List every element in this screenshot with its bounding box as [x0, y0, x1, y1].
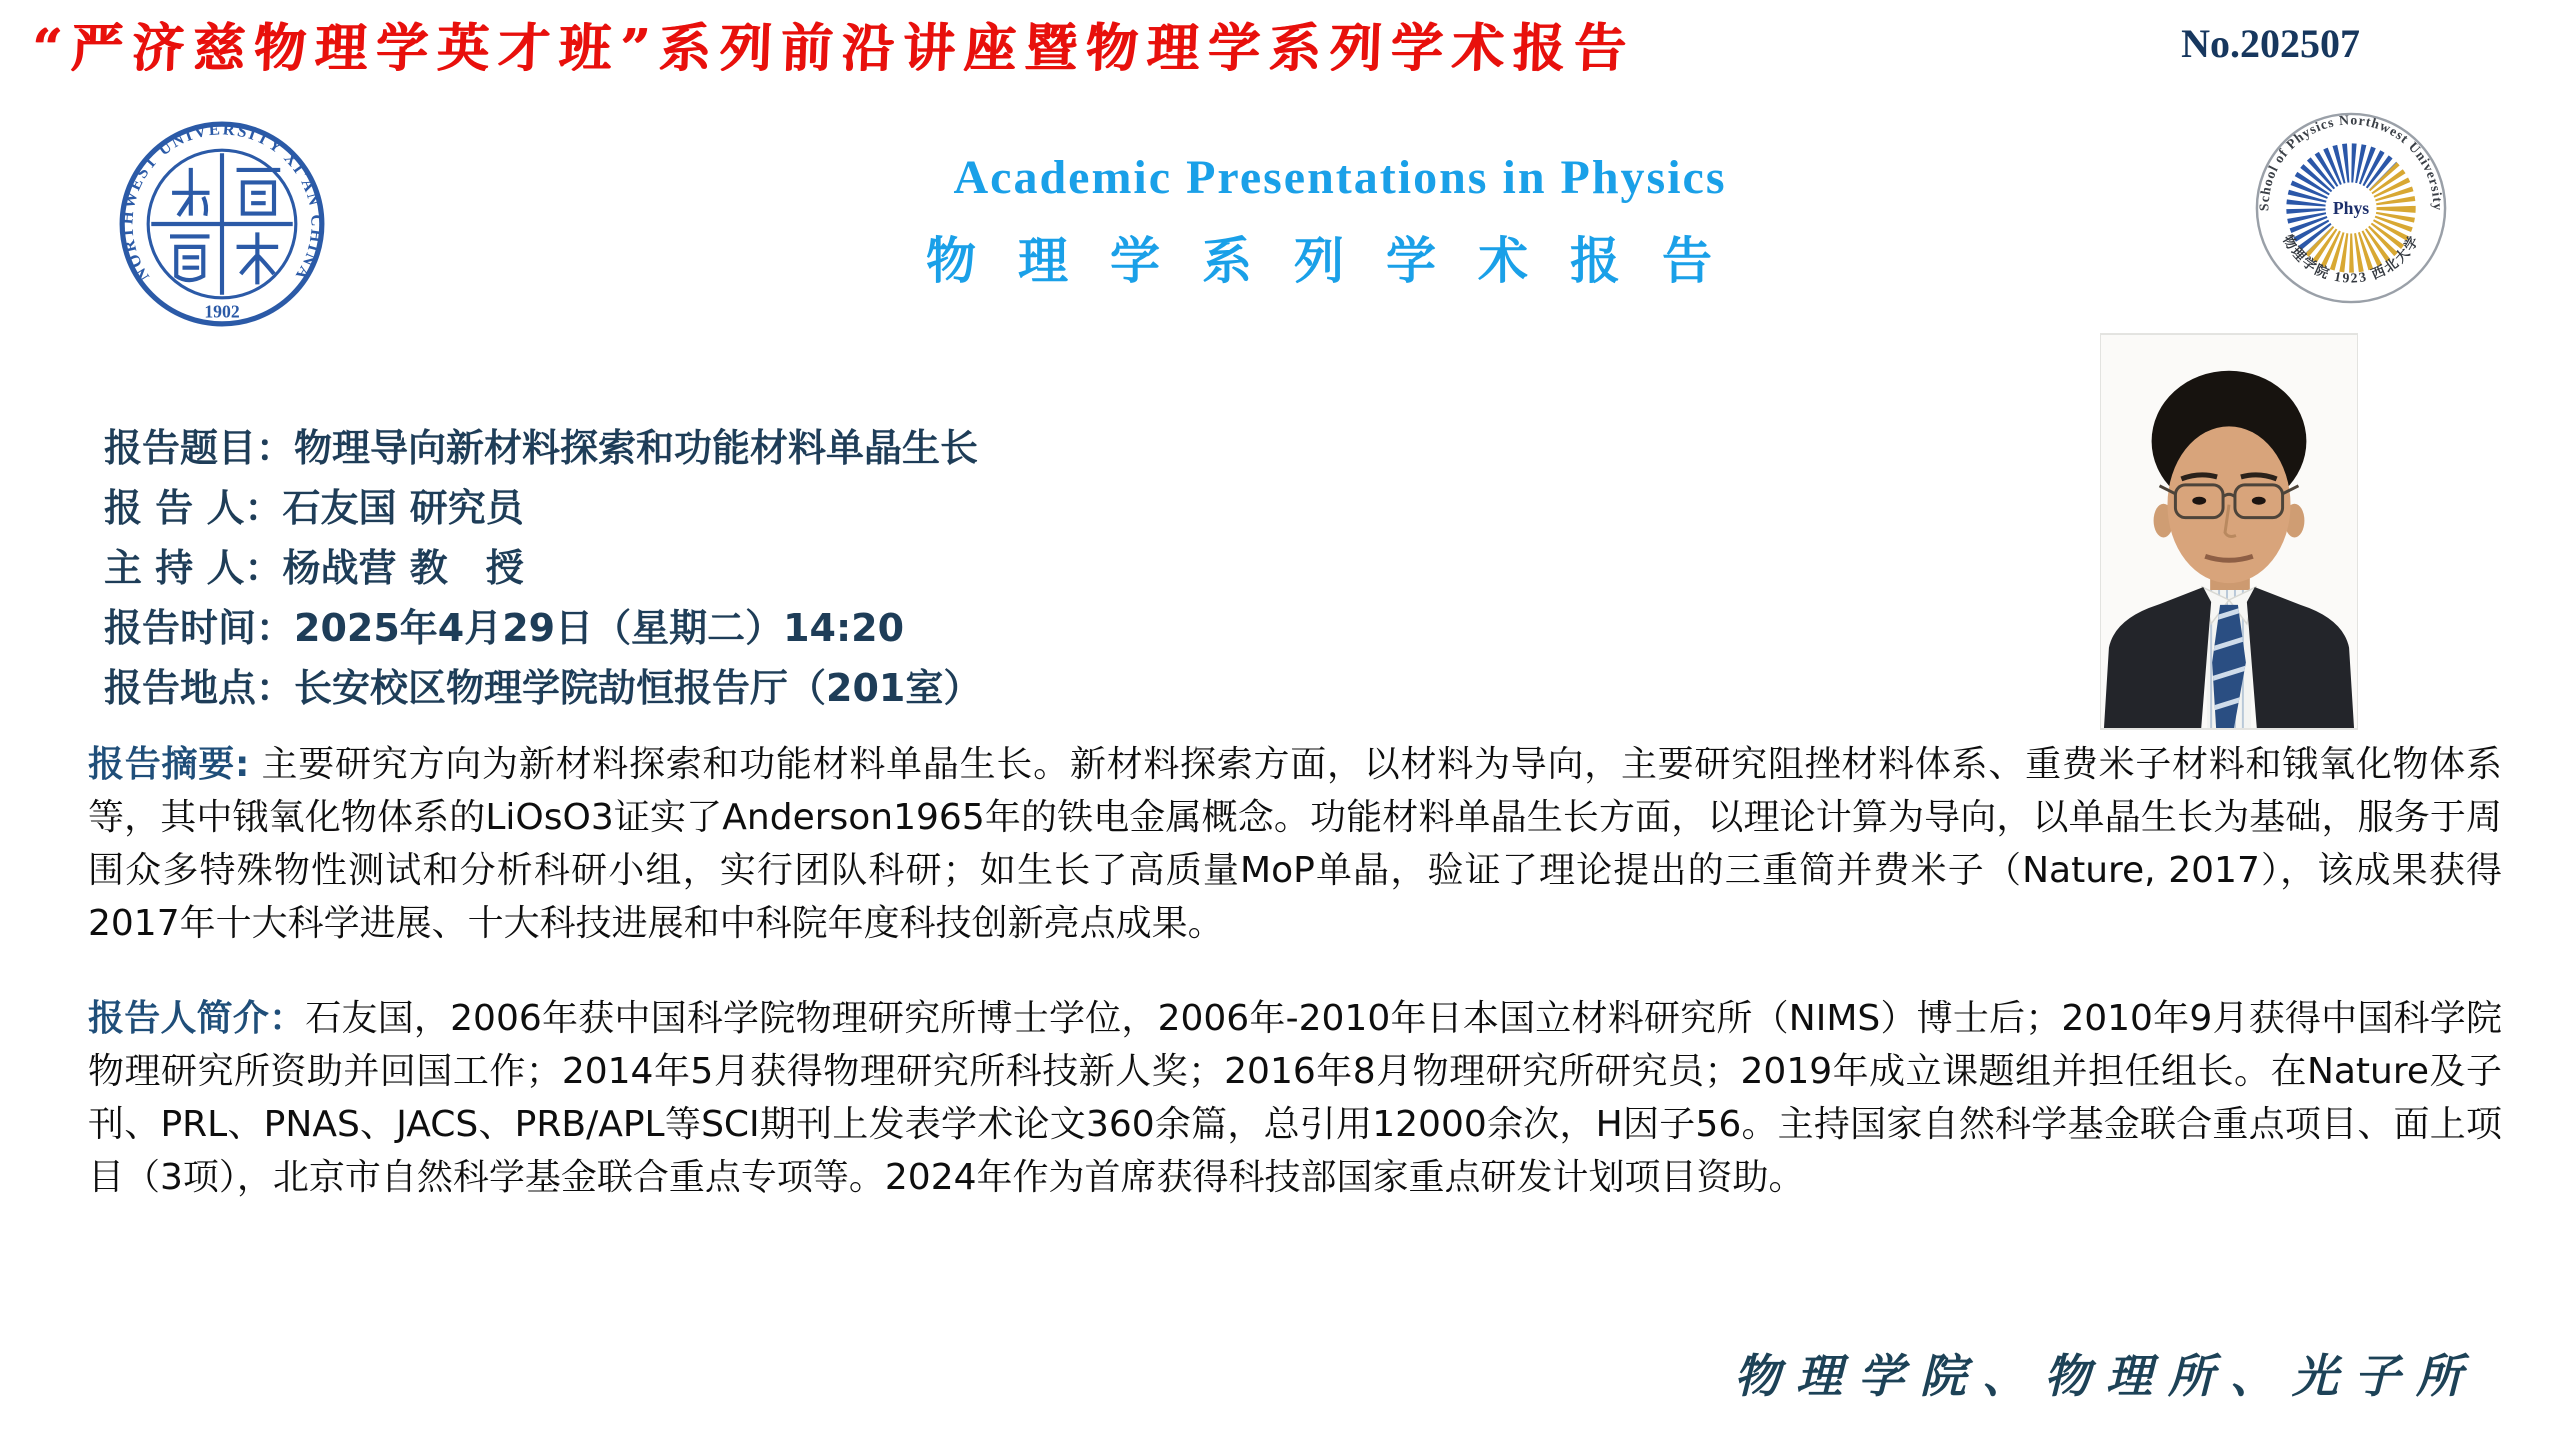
- nwu-logo: NORTHWEST UNIVERSITY XI'AN CHINA 1902: [118, 120, 326, 328]
- physics-seal-icon: School of Physics Northwest University P…: [2253, 110, 2449, 306]
- detail-time: 报告时间：2025年4月29日（星期二）14:20: [104, 598, 981, 658]
- detail-time-label: 报告时间：: [104, 606, 294, 650]
- title-english: Academic Presentations in Physics: [400, 150, 2280, 205]
- physics-school-logo: School of Physics Northwest University P…: [2253, 110, 2449, 306]
- title-chinese: 物理学系列学术报告: [400, 221, 2280, 293]
- detail-topic-label: 报告题目：: [104, 426, 294, 470]
- detail-speaker: 报 告 人：石友国 研究员: [104, 478, 981, 538]
- nwu-year: 1902: [204, 302, 240, 322]
- detail-speaker-label: 报 告 人：: [104, 486, 282, 530]
- bio-paragraph: 报告人简介：石友国，2006年获中国科学院物理研究所博士学位，2006年-201…: [88, 992, 2502, 1204]
- bio-label: 报告人简介：: [88, 998, 305, 1039]
- issue-number: No.202507: [2181, 20, 2360, 67]
- speaker-portrait-icon: [2100, 333, 2358, 730]
- detail-venue-label: 报告地点：: [104, 666, 294, 710]
- abstract-label: 报告摘要:: [88, 744, 249, 785]
- abstract-text: 主要研究方向为新材料探索和功能材料单晶生长。新材料探索方面，以材料为导向，主要研…: [88, 744, 2502, 944]
- detail-host: 主 持 人：杨战营 教 授: [104, 538, 981, 598]
- detail-time-value: 2025年4月29日（星期二）14:20: [294, 606, 904, 650]
- speaker-photo: [2100, 333, 2358, 730]
- nwu-seal-icon: NORTHWEST UNIVERSITY XI'AN CHINA 1902: [118, 120, 326, 328]
- detail-host-value: 杨战营 教 授: [282, 546, 523, 590]
- detail-host-label: 主 持 人：: [104, 546, 282, 590]
- detail-venue: 报告地点：长安校区物理学院劼恒报告厅（201室）: [104, 658, 981, 718]
- abstract-paragraph: 报告摘要: 主要研究方向为新材料探索和功能材料单晶生长。新材料探索方面，以材料为…: [88, 738, 2502, 950]
- detail-topic-value: 物理导向新材料探索和功能材料单晶生长: [294, 426, 978, 470]
- series-title: “严济慈物理学英才班”系列前沿讲座暨物理学系列学术报告: [31, 6, 1636, 81]
- bio-text: 石友国，2006年获中国科学院物理研究所博士学位，2006年-2010年日本国立…: [88, 998, 2502, 1198]
- main-title-block: Academic Presentations in Physics 物理学系列学…: [400, 150, 2280, 293]
- talk-details: 报告题目：物理导向新材料探索和功能材料单晶生长 报 告 人：石友国 研究员 主 …: [104, 418, 981, 718]
- detail-venue-value: 长安校区物理学院劼恒报告厅（201室）: [294, 666, 981, 710]
- detail-speaker-value: 石友国 研究员: [282, 486, 523, 530]
- organizers-signature: 物理学院、物理所、光子所: [1734, 1340, 2478, 1406]
- detail-topic: 报告题目：物理导向新材料探索和功能材料单晶生长: [104, 418, 981, 478]
- physics-center-text: Phys: [2333, 198, 2369, 218]
- poster-page: “严济慈物理学英才班”系列前沿讲座暨物理学系列学术报告 No.202507 NO…: [0, 0, 2560, 1440]
